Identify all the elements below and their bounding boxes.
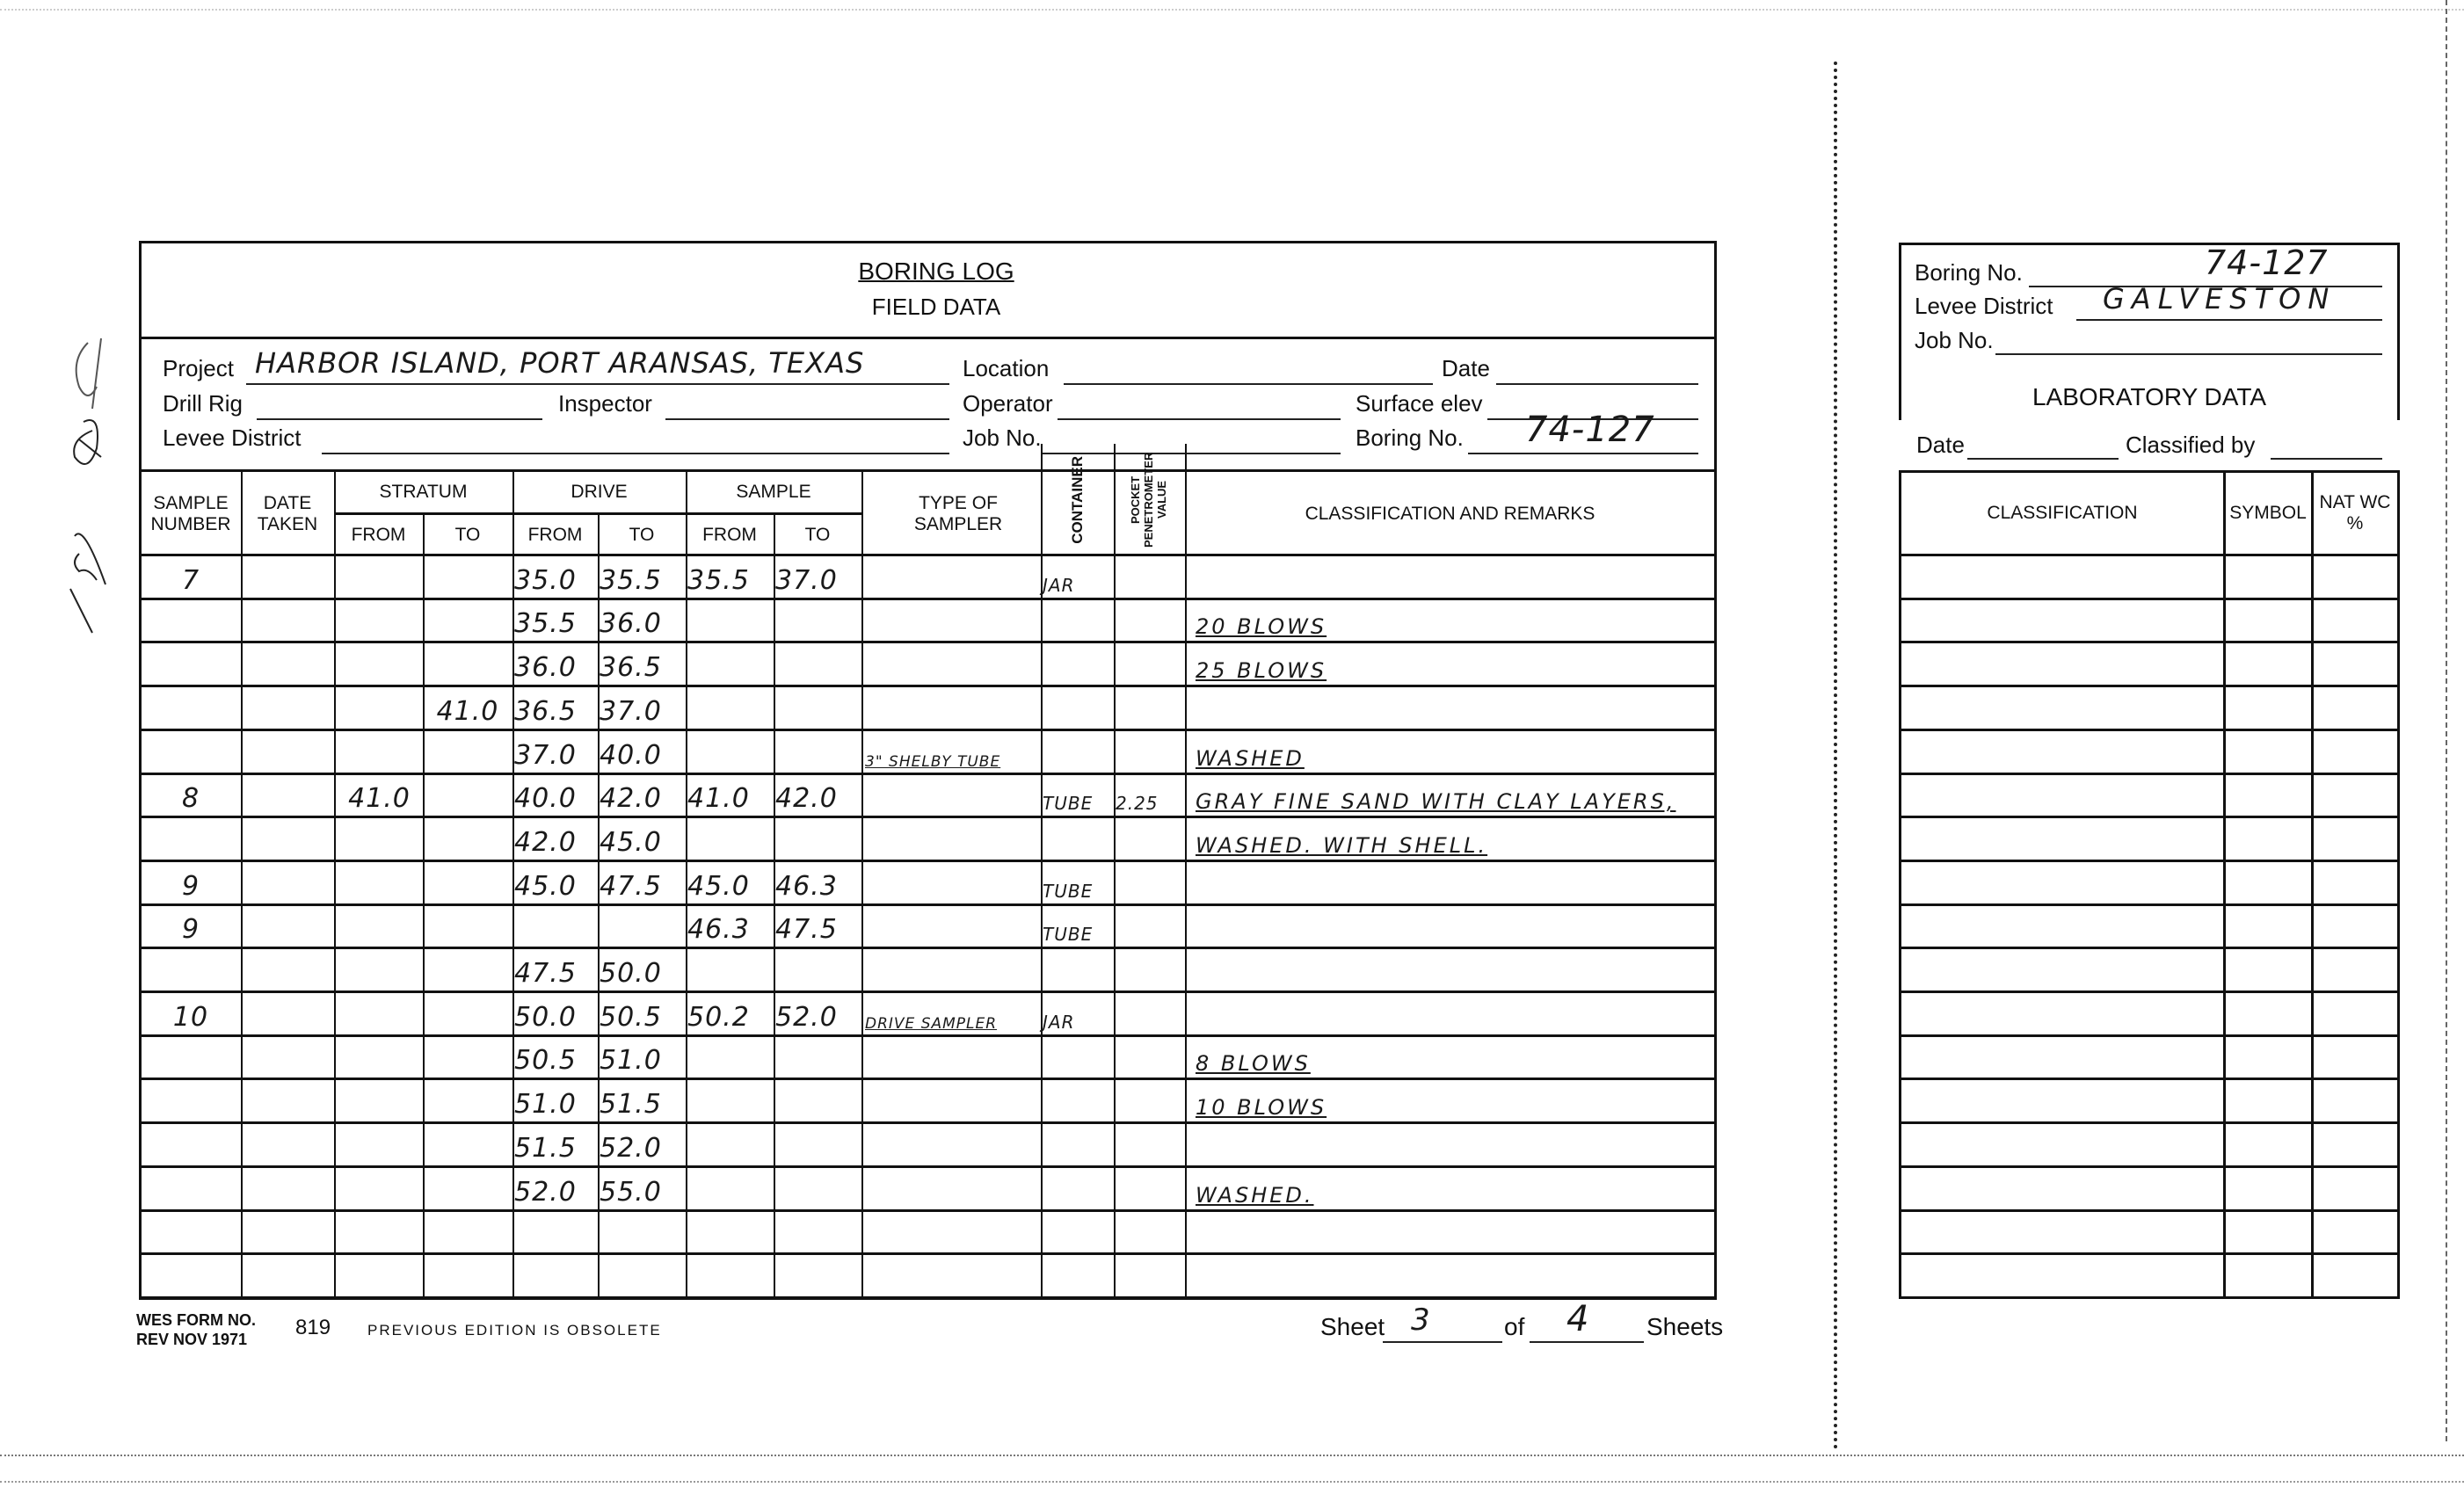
lab-cell-nat-wc[interactable] [2313,1167,2398,1211]
table-cell-date[interactable] [241,817,334,861]
table-cell-stratum-from[interactable] [336,948,423,992]
table-cell-container[interactable] [1043,948,1114,992]
scan-edge-bottom [0,1455,2464,1456]
lab-cell-classification[interactable] [1901,1167,2224,1211]
table-cell-drive-to[interactable]: 51.0 [600,1036,686,1080]
table-cell-stratum-from[interactable]: 41.0 [336,774,423,818]
classified-by-field[interactable] [2271,433,2382,460]
table-cell-drive-to[interactable] [600,905,686,949]
table-cell-remarks[interactable]: WASHED. [1188,1167,1715,1211]
table-cell-sample-to[interactable] [775,1254,861,1298]
table-cell-sample-from[interactable] [687,686,774,730]
table-cell-stratum-to[interactable] [425,774,511,818]
table-cell-stratum-from[interactable] [336,599,423,643]
table-cell-container[interactable] [1043,599,1114,643]
table-cell-sampler[interactable] [863,1079,1041,1123]
table-cell-penetrometer[interactable] [1116,642,1185,686]
of-value: 4 [1566,1299,1589,1339]
table-cell-remarks[interactable]: 25 BLOWS [1188,642,1715,686]
table-cell-drive-from[interactable] [514,1211,598,1255]
table-cell-remarks[interactable]: 10 BLOWS [1188,1079,1715,1123]
table-cell-drive-to[interactable]: 52.0 [600,1123,686,1167]
lab-cell-nat-wc[interactable] [2313,555,2398,599]
table-cell-sample-to[interactable]: 37.0 [775,555,861,599]
table-cell-penetrometer[interactable] [1116,1211,1185,1255]
table-cell-sample-to[interactable] [775,1167,861,1211]
table-cell-drive-to[interactable] [600,1211,686,1255]
lab-cell-nat-wc[interactable] [2313,1211,2398,1255]
table-cell-sample-to[interactable]: 52.0 [775,992,861,1036]
table-cell-drive-to[interactable]: 55.0 [600,1167,686,1211]
lab-cell-classification[interactable] [1901,1254,2224,1298]
table-cell-stratum-from[interactable] [336,992,423,1036]
table-cell-stratum-from[interactable] [336,905,423,949]
lab-cell-symbol[interactable] [2225,1079,2311,1123]
table-cell-drive-from[interactable]: 45.0 [514,861,598,905]
table-cell-remarks[interactable] [1188,686,1715,730]
lab-cell-nat-wc[interactable] [2313,948,2398,992]
table-cell-stratum-to[interactable] [425,642,511,686]
boring-no-label: Boring No. [1356,424,1464,452]
table-cell-sample-to[interactable]: 42.0 [775,774,861,818]
table-cell-sample-to[interactable]: 46.3 [775,861,861,905]
levee-district-field[interactable] [322,426,949,454]
lab-cell-classification[interactable] [1901,905,2224,949]
table-cell-drive-to[interactable]: 36.5 [600,642,686,686]
table-cell-sample-from[interactable]: 35.5 [687,555,774,599]
lab-cell-classification[interactable] [1901,730,2224,774]
table-cell-stratum-from[interactable] [336,1123,423,1167]
table-cell-sample-no[interactable] [141,730,241,774]
lab-cell-nat-wc[interactable] [2313,1079,2398,1123]
table-cell-remarks[interactable]: 8 BLOWS [1188,1036,1715,1080]
table-cell-sample-to[interactable] [775,599,861,643]
lab-cell-symbol[interactable] [2225,1167,2311,1211]
table-cell-sampler[interactable]: DRIVE SAMPLER [863,992,1041,1036]
lab-cell-symbol[interactable] [2225,599,2311,643]
lab-cell-nat-wc[interactable] [2313,1036,2398,1080]
table-cell-remarks[interactable] [1188,1254,1715,1298]
table-cell-stratum-to[interactable] [425,1167,511,1211]
table-cell-sampler[interactable] [863,817,1041,861]
table-cell-stratum-to[interactable] [425,730,511,774]
lab-cell-nat-wc[interactable] [2313,599,2398,643]
date-field[interactable] [1496,357,1698,385]
table-cell-date[interactable] [241,774,334,818]
table-cell-penetrometer[interactable] [1116,730,1185,774]
table-cell-sampler[interactable] [863,948,1041,992]
table-cell-sample-no[interactable] [141,817,241,861]
table-cell-sample-no[interactable] [141,1167,241,1211]
table-cell-drive-from[interactable]: 36.5 [514,686,598,730]
lab-levee-district-label: Levee District [1915,293,2053,320]
table-cell-container[interactable] [1043,817,1114,861]
table-cell-stratum-from[interactable] [336,1254,423,1298]
table-cell-stratum-from[interactable] [336,1079,423,1123]
table-cell-drive-to[interactable]: 50.0 [600,948,686,992]
table-cell-drive-from[interactable]: 37.0 [514,730,598,774]
drill-rig-label: Drill Rig [163,390,243,417]
lab-cell-classification[interactable] [1901,1123,2224,1167]
table-cell-container[interactable]: JAR [1043,992,1114,1036]
table-cell-stratum-to[interactable] [425,905,511,949]
lab-cell-classification[interactable] [1901,948,2224,992]
lab-cell-symbol[interactable] [2225,1254,2311,1298]
table-cell-drive-from[interactable]: 50.5 [514,1036,598,1080]
lab-cell-symbol[interactable] [2225,686,2311,730]
table-cell-date[interactable] [241,992,334,1036]
lab-cell-nat-wc[interactable] [2313,861,2398,905]
lab-cell-classification[interactable] [1901,1079,2224,1123]
table-cell-stratum-to[interactable]: 41.0 [425,686,511,730]
table-cell-sample-no[interactable]: 9 [141,861,241,905]
table-cell-remarks[interactable] [1188,992,1715,1036]
table-cell-drive-from[interactable]: 51.5 [514,1123,598,1167]
table-cell-stratum-to[interactable] [425,948,511,992]
table-cell-remarks[interactable] [1188,861,1715,905]
lab-cell-symbol[interactable] [2225,642,2311,686]
table-cell-stratum-to[interactable] [425,1211,511,1255]
table-cell-drive-from[interactable]: 36.0 [514,642,598,686]
location-field[interactable] [1064,357,1433,385]
table-cell-drive-from[interactable]: 35.5 [514,599,598,643]
table-cell-sample-to[interactable] [775,686,861,730]
table-cell-sample-to[interactable] [775,1211,861,1255]
lab-cell-nat-wc[interactable] [2313,642,2398,686]
lab-title: LABORATORY DATA [1899,383,2400,411]
scan-edge-right [2446,0,2447,1441]
table-cell-sample-no[interactable] [141,1211,241,1255]
table-cell-stratum-from[interactable] [336,1167,423,1211]
table-cell-sample-no[interactable] [141,1254,241,1298]
table-cell-drive-to[interactable]: 50.5 [600,992,686,1036]
table-cell-sample-no[interactable] [141,686,241,730]
table-cell-date[interactable] [241,730,334,774]
table-cell-sampler[interactable] [863,1167,1041,1211]
title-divider [139,337,1717,339]
table-cell-remarks[interactable] [1188,1123,1715,1167]
lab-cell-symbol[interactable] [2225,861,2311,905]
table-cell-sampler[interactable] [863,642,1041,686]
table-cell-drive-from[interactable]: 47.5 [514,948,598,992]
lab-cell-nat-wc[interactable] [2313,992,2398,1036]
table-cell-sample-no[interactable]: 10 [141,992,241,1036]
lab-cell-symbol[interactable] [2225,817,2311,861]
job-no-label: Job No. [963,424,1042,452]
table-cell-sample-from[interactable] [687,642,774,686]
lab-cell-classification[interactable] [1901,642,2224,686]
table-cell-sample-no[interactable] [141,1079,241,1123]
table-cell-penetrometer[interactable] [1116,1167,1185,1211]
operator-field[interactable] [1058,392,1341,420]
table-cell-drive-from[interactable] [514,905,598,949]
table-cell-sample-to[interactable] [775,1036,861,1080]
table-cell-stratum-to[interactable] [425,1254,511,1298]
table-cell-sample-from[interactable]: 46.3 [687,905,774,949]
table-cell-penetrometer[interactable] [1116,1079,1185,1123]
table-cell-drive-to[interactable]: 47.5 [600,861,686,905]
table-cell-stratum-to[interactable] [425,1079,511,1123]
drill-rig-field[interactable] [257,392,542,420]
table-cell-container[interactable]: JAR [1043,555,1114,599]
table-cell-stratum-to[interactable] [425,861,511,905]
location-label: Location [963,355,1049,382]
table-cell-sample-from[interactable]: 41.0 [687,774,774,818]
table-cell-sampler[interactable] [863,861,1041,905]
table-cell-stratum-from[interactable] [336,686,423,730]
table-cell-penetrometer[interactable] [1116,599,1185,643]
table-cell-date[interactable] [241,861,334,905]
table-cell-date[interactable] [241,1036,334,1080]
table-cell-penetrometer[interactable] [1116,555,1185,599]
table-cell-penetrometer[interactable] [1116,686,1185,730]
table-cell-sample-from[interactable] [687,1036,774,1080]
table-cell-penetrometer[interactable] [1116,948,1185,992]
table-cell-sample-from[interactable]: 45.0 [687,861,774,905]
table-cell-sample-from[interactable]: 50.2 [687,992,774,1036]
table-cell-sample-from[interactable] [687,817,774,861]
table-cell-sample-no[interactable]: 9 [141,905,241,949]
table-cell-sample-from[interactable] [687,1167,774,1211]
header-sample-to: TO [774,514,861,555]
lab-cell-symbol[interactable] [2225,1036,2311,1080]
table-cell-date[interactable] [241,1167,334,1211]
header-container: CONTAINER [1041,444,1114,555]
lab-cell-nat-wc[interactable] [2313,1254,2398,1298]
table-cell-stratum-from[interactable] [336,730,423,774]
table-cell-sample-to[interactable] [775,642,861,686]
table-cell-remarks[interactable] [1188,555,1715,599]
lab-date-field[interactable] [1967,433,2119,460]
table-cell-sample-from[interactable] [687,1254,774,1298]
table-cell-container[interactable] [1043,1254,1114,1298]
table-cell-remarks[interactable]: GRAY FINE SAND WITH CLAY LAYERS, [1188,774,1715,818]
table-cell-drive-to[interactable]: 36.0 [600,599,686,643]
table-cell-sample-to[interactable] [775,817,861,861]
form-number-line2: REV NOV 1971 [136,1331,247,1349]
lab-cell-symbol[interactable] [2225,1211,2311,1255]
table-cell-sample-from[interactable] [687,948,774,992]
table-cell-stratum-from[interactable] [336,1036,423,1080]
table-cell-date[interactable] [241,555,334,599]
table-cell-drive-to[interactable]: 45.0 [600,817,686,861]
table-cell-remarks[interactable] [1188,1211,1715,1255]
table-cell-date[interactable] [241,686,334,730]
lab-cell-classification[interactable] [1901,555,2224,599]
table-cell-sample-from[interactable] [687,1123,774,1167]
table-cell-stratum-to[interactable] [425,555,511,599]
table-cell-container[interactable]: TUBE [1043,905,1114,949]
header-pocket-penetrometer: POCKET PENETROMETER VALUE [1114,444,1185,555]
table-cell-date[interactable] [241,1123,334,1167]
date-label: Date [1442,355,1490,382]
table-cell-remarks[interactable]: WASHED. WITH SHELL. [1188,817,1715,861]
table-cell-date[interactable] [241,1211,334,1255]
table-cell-date[interactable] [241,948,334,992]
table-cell-sample-to[interactable]: 47.5 [775,905,861,949]
table-cell-sampler[interactable]: 3" SHELBY TUBE [863,730,1041,774]
lab-job-no-field[interactable] [1995,329,2382,355]
table-cell-container[interactable]: TUBE [1043,774,1114,818]
lab-cell-nat-wc[interactable] [2313,730,2398,774]
lab-cell-symbol[interactable] [2225,555,2311,599]
table-cell-drive-from[interactable] [514,1254,598,1298]
table-cell-remarks[interactable] [1188,948,1715,992]
table-cell-stratum-to[interactable] [425,1036,511,1080]
table-cell-date[interactable] [241,905,334,949]
table-cell-container[interactable] [1043,1079,1114,1123]
table-cell-sample-no[interactable] [141,599,241,643]
table-cell-container[interactable] [1043,730,1114,774]
project-label: Project [163,355,234,382]
table-cell-sampler[interactable] [863,1036,1041,1080]
operator-label: Operator [963,390,1053,417]
lab-header-nat-wc: NAT WC % [2312,472,2398,555]
lab-cell-nat-wc[interactable] [2313,686,2398,730]
table-cell-stratum-to[interactable] [425,817,511,861]
table-cell-date[interactable] [241,1079,334,1123]
table-cell-sample-no[interactable] [141,642,241,686]
inspector-field[interactable] [665,392,949,420]
table-cell-sample-from[interactable] [687,599,774,643]
lab-cell-symbol[interactable] [2225,730,2311,774]
lab-cell-classification[interactable] [1901,861,2224,905]
table-cell-drive-to[interactable]: 40.0 [600,730,686,774]
table-cell-stratum-from[interactable] [336,1211,423,1255]
table-cell-stratum-to[interactable] [425,992,511,1036]
table-cell-drive-to[interactable]: 35.5 [600,555,686,599]
table-cell-penetrometer[interactable] [1116,1123,1185,1167]
lab-cell-nat-wc[interactable] [2313,817,2398,861]
form-title: BORING LOG [844,258,1028,286]
perforation-line [1834,62,1837,1450]
table-cell-sample-no[interactable]: 7 [141,555,241,599]
table-cell-drive-from[interactable]: 51.0 [514,1079,598,1123]
lab-cell-symbol[interactable] [2225,1123,2311,1167]
header-sample-number: SAMPLE NUMBER [141,472,241,555]
table-cell-sample-no[interactable]: 8 [141,774,241,818]
table-cell-stratum-from[interactable] [336,861,423,905]
lab-cell-classification[interactable] [1901,686,2224,730]
table-cell-sampler[interactable] [863,686,1041,730]
table-cell-penetrometer[interactable] [1116,992,1185,1036]
table-cell-drive-to[interactable]: 51.5 [600,1079,686,1123]
header-drive: DRIVE [512,472,686,512]
table-cell-drive-from[interactable]: 40.0 [514,774,598,818]
table-cell-sample-from[interactable] [687,1211,774,1255]
table-cell-penetrometer[interactable] [1116,861,1185,905]
table-cell-remarks[interactable]: 20 BLOWS [1188,599,1715,643]
table-cell-remarks[interactable]: WASHED [1188,730,1715,774]
table-cell-stratum-from[interactable] [336,555,423,599]
table-cell-sampler[interactable] [863,1123,1041,1167]
table-cell-container[interactable] [1043,1036,1114,1080]
column-divider [1185,444,1187,1298]
lab-cell-classification[interactable] [1901,599,2224,643]
lab-cell-nat-wc[interactable] [2313,774,2398,818]
form-number-line1: WES FORM NO. [136,1311,256,1330]
lab-cell-symbol[interactable] [2225,905,2311,949]
table-cell-drive-to[interactable] [600,1254,686,1298]
lab-header-nat-wc-text: NAT WC [2320,492,2391,513]
table-cell-container[interactable] [1043,1211,1114,1255]
lab-cell-classification[interactable] [1901,774,2224,818]
table-cell-stratum-to[interactable] [425,599,511,643]
table-cell-drive-to[interactable]: 42.0 [600,774,686,818]
obsolete-note: PREVIOUS EDITION IS OBSOLETE [367,1322,662,1339]
table-cell-container[interactable] [1043,642,1114,686]
lab-cell-symbol[interactable] [2225,992,2311,1036]
lab-cell-nat-wc[interactable] [2313,905,2398,949]
table-cell-sampler[interactable] [863,905,1041,949]
table-cell-sampler[interactable] [863,1254,1041,1298]
table-cell-sample-to[interactable] [775,1079,861,1123]
table-cell-sample-no[interactable] [141,948,241,992]
header-stratum-from: FROM [334,514,423,555]
table-cell-container[interactable] [1043,1123,1114,1167]
table-cell-date[interactable] [241,642,334,686]
sheet-field[interactable] [1383,1315,1502,1343]
header-date-taken: DATE TAKEN [241,472,334,555]
lab-cell-classification[interactable] [1901,817,2224,861]
table-cell-date[interactable] [241,1254,334,1298]
table-cell-drive-from[interactable]: 52.0 [514,1167,598,1211]
table-cell-sampler[interactable] [863,774,1041,818]
table-cell-sample-to[interactable] [775,948,861,992]
table-cell-sampler[interactable] [863,599,1041,643]
inspector-label: Inspector [558,390,652,417]
table-cell-sample-no[interactable] [141,1036,241,1080]
table-cell-sampler[interactable] [863,555,1041,599]
table-cell-penetrometer[interactable] [1116,817,1185,861]
table-cell-stratum-to[interactable] [425,1123,511,1167]
table-cell-penetrometer[interactable] [1116,905,1185,949]
table-cell-remarks[interactable] [1188,905,1715,949]
lab-boring-no-value: 74-127 [2205,243,2329,282]
scan-edge-bottom-2 [0,1481,2464,1483]
table-cell-sample-from[interactable] [687,1079,774,1123]
table-cell-stratum-from[interactable] [336,817,423,861]
table-cell-penetrometer[interactable] [1116,1254,1185,1298]
table-cell-stratum-from[interactable] [336,642,423,686]
table-cell-date[interactable] [241,599,334,643]
table-cell-sampler[interactable] [863,1211,1041,1255]
table-cell-sample-no[interactable] [141,1123,241,1167]
table-cell-drive-from[interactable]: 42.0 [514,817,598,861]
lab-cell-symbol[interactable] [2225,948,2311,992]
header-drive-to: TO [598,514,686,555]
margin-scribble-icon [48,325,119,642]
table-cell-sample-to[interactable] [775,1123,861,1167]
lab-cell-classification[interactable] [1901,1036,2224,1080]
table-cell-container[interactable] [1043,686,1114,730]
table-cell-drive-to[interactable]: 37.0 [600,686,686,730]
levee-district-label: Levee District [163,424,302,452]
table-cell-sample-from[interactable] [687,730,774,774]
lab-cell-nat-wc[interactable] [2313,1123,2398,1167]
table-cell-penetrometer[interactable] [1116,1036,1185,1080]
lab-cell-classification[interactable] [1901,1211,2224,1255]
lab-cell-symbol[interactable] [2225,774,2311,818]
table-cell-container[interactable] [1043,1167,1114,1211]
table-cell-drive-from[interactable]: 35.0 [514,555,598,599]
table-cell-container[interactable]: TUBE [1043,861,1114,905]
table-cell-sample-to[interactable] [775,730,861,774]
header-classification-remarks: CLASSIFICATION AND REMARKS [1185,472,1715,555]
lab-cell-classification[interactable] [1901,992,2224,1036]
table-cell-drive-from[interactable]: 50.0 [514,992,598,1036]
table-cell-penetrometer[interactable]: 2.25 [1116,774,1185,818]
